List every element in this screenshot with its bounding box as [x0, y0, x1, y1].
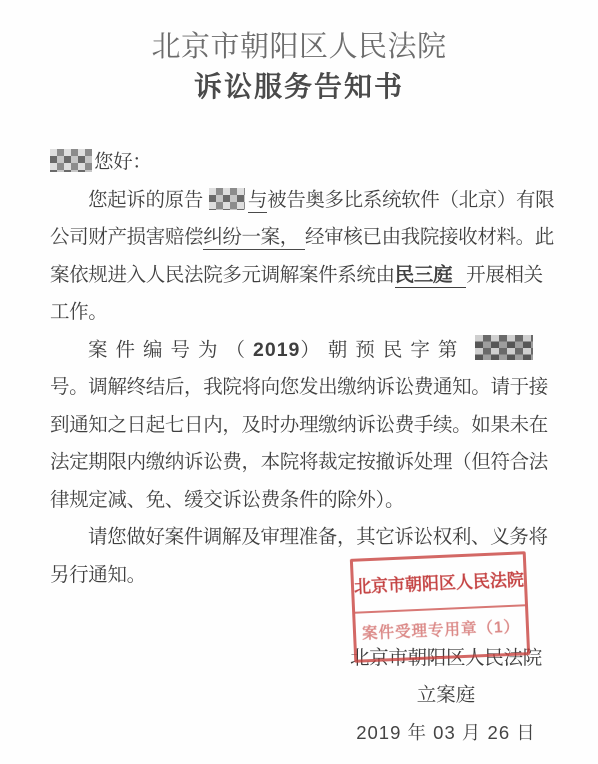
document-title: 诉讼服务告知书	[0, 67, 598, 107]
p1-l1-rest: 被告奥多比系统软件（北京）有限	[267, 190, 554, 211]
paragraph2-line5: 律规定减、免、缓交诉讼费条件的除外）。	[50, 482, 550, 520]
p1-l1-underlined: 与	[248, 190, 267, 213]
paragraph2-line2: 号。调解终结后，我院将向您发出缴纳诉讼费通知。请于接	[50, 369, 550, 407]
paragraph1-line1: 您起诉的原告与被告奥多比系统软件（北京）有限	[50, 182, 550, 220]
paragraph3-line2: 另行通知。	[50, 557, 550, 595]
p1-l3-rest: 开展相关	[466, 265, 543, 286]
p2-l5-text: 律规定减、免、缓交诉讼费条件的除外）。	[50, 490, 404, 511]
signature-court-name: 北京市朝阳区人民法院	[347, 640, 545, 677]
greeting-salutation: 您好：	[94, 152, 151, 173]
p2-l2-text: 号。调解终结后，我院将向您发出缴纳诉讼费通知。请于接	[50, 377, 548, 398]
paragraph3-line1: 请您做好案件调解及审理准备，其它诉讼权利、义务将	[50, 519, 550, 557]
p2-l3-text: 到通知之日起七日内，及时办理缴纳诉讼费手续。如果未在	[50, 415, 548, 436]
p1-l2-underlined: 纠纷一案，	[203, 227, 305, 250]
signature-block: 北京市朝阳区人民法院 立案庭 2019 年 03 月 26 日	[347, 640, 545, 751]
p2-l4-text: 法定期限内缴纳诉讼费，本院将裁定按撤诉处理（但符合法	[50, 452, 548, 473]
p1-l4-text: 工作。	[50, 302, 107, 323]
redaction-recipient-name	[50, 149, 92, 172]
p1-l2-rest: 经审核已由我院接收材料。此	[305, 227, 554, 248]
p3-l2-text: 另行通知。	[50, 565, 146, 586]
division-name-underlined: 民三庭	[395, 264, 466, 288]
greeting-line: 您好：	[50, 144, 550, 182]
redaction-plaintiff-name	[209, 188, 245, 210]
case-number-suffix: ）朝预民字第	[300, 340, 465, 361]
document-page: 北京市朝阳区人民法院 诉讼服务告知书 您好： 您起诉的原告与被告奥多比系统软件（…	[0, 0, 598, 764]
signature-division: 立案庭	[347, 677, 545, 714]
paragraph1-line2: 公司财产损害赔偿纠纷一案，经审核已由我院接收材料。此	[50, 219, 550, 257]
case-number-prefix: 案件编号为（	[88, 340, 253, 361]
signature-date: 2019 年 03 月 26 日	[347, 714, 545, 751]
paragraph2-line4: 法定期限内缴纳诉讼费，本院将裁定按撤诉处理（但符合法	[50, 444, 550, 482]
p1-l1-text: 您起诉的原告	[88, 190, 203, 211]
p1-l2-text: 公司财产损害赔偿	[50, 227, 203, 248]
p1-l3-text: 案依规进入人民法院多元调解案件系统由	[50, 265, 395, 286]
paragraph2-line3: 到通知之日起七日内，及时办理缴纳诉讼费手续。如果未在	[50, 407, 550, 445]
case-number-line: 案件编号为（2019）朝预民字第	[50, 332, 550, 370]
court-name-heading: 北京市朝阳区人民法院	[0, 27, 598, 67]
redaction-case-number	[475, 335, 533, 360]
document-body: 您好： 您起诉的原告与被告奥多比系统软件（北京）有限 公司财产损害赔偿纠纷一案，…	[50, 144, 550, 594]
paragraph1-line3: 案依规进入人民法院多元调解案件系统由民三庭开展相关	[50, 257, 550, 295]
p3-l1-text: 请您做好案件调解及审理准备，其它诉讼权利、义务将	[88, 527, 548, 548]
case-number-year: 2019	[253, 339, 300, 361]
paragraph1-line4: 工作。	[50, 294, 550, 332]
